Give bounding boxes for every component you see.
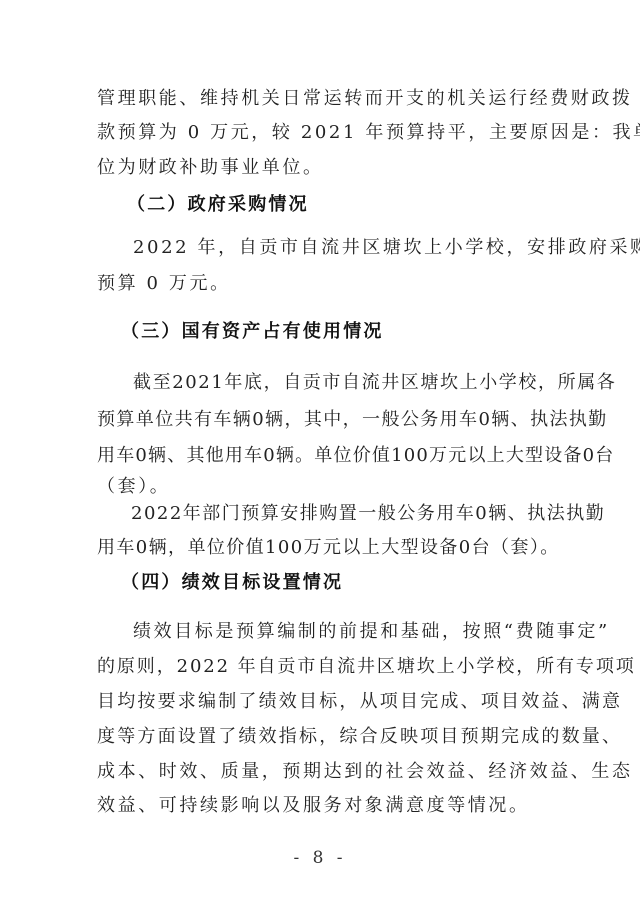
body-line: 成本、时效、质量，预期达到的社会效益、经济效益、生态 [97, 760, 633, 784]
body-line: 用车0辆，单位价值100万元以上大型设备0台（套）。 [97, 536, 560, 560]
section-heading-performance-targets: （四）绩效目标设置情况 [121, 571, 343, 595]
page-number: - 8 - [0, 848, 640, 868]
body-line: 用车0辆、其他用车0辆。单位价值100万元以上大型设备0台 [97, 444, 615, 468]
section-heading-procurement: （二）政府采购情况 [127, 193, 309, 217]
body-line: 目均按要求编制了绩效目标，从项目完成、项目效益、满意 [97, 690, 622, 714]
body-line: 截至2021年底，自贡市自流井区塘坎上小学校，所属各 [133, 371, 616, 395]
body-line: （套）。 [97, 475, 170, 499]
body-line: 预算 0 万元。 [97, 272, 231, 296]
body-line: 管理职能、维持机关日常运转而开支的机关运行经费财政拨 [97, 87, 633, 111]
body-line: 款预算为 0 万元，较 2021 年预算持平，主要原因是：我单 [97, 121, 640, 145]
body-line: 2022年部门预算安排购置一般公务用车0辆、执法执勤 [131, 502, 605, 526]
body-line: 的原则，2022 年自贡市自流井区塘坎上小学校，所有专项项 [97, 655, 636, 679]
body-line: 度等方面设置了绩效指标，综合反映项目预期完成的数量、 [97, 725, 622, 749]
body-line: 绩效目标是预算编制的前提和基础，按照“费随事定” [133, 620, 610, 644]
body-line: 预算单位共有车辆0辆，其中，一般公务用车0辆、执法执勤 [97, 408, 608, 432]
body-line: 2022 年，自贡市自流井区塘坎上小学校，安排政府采购 [133, 236, 640, 260]
section-heading-state-assets: （三）国有资产占有使用情况 [121, 320, 384, 344]
body-line: 位为财政补助事业单位。 [97, 156, 324, 180]
body-line: 效益、可持续影响以及服务对象满意度等情况。 [97, 794, 530, 818]
